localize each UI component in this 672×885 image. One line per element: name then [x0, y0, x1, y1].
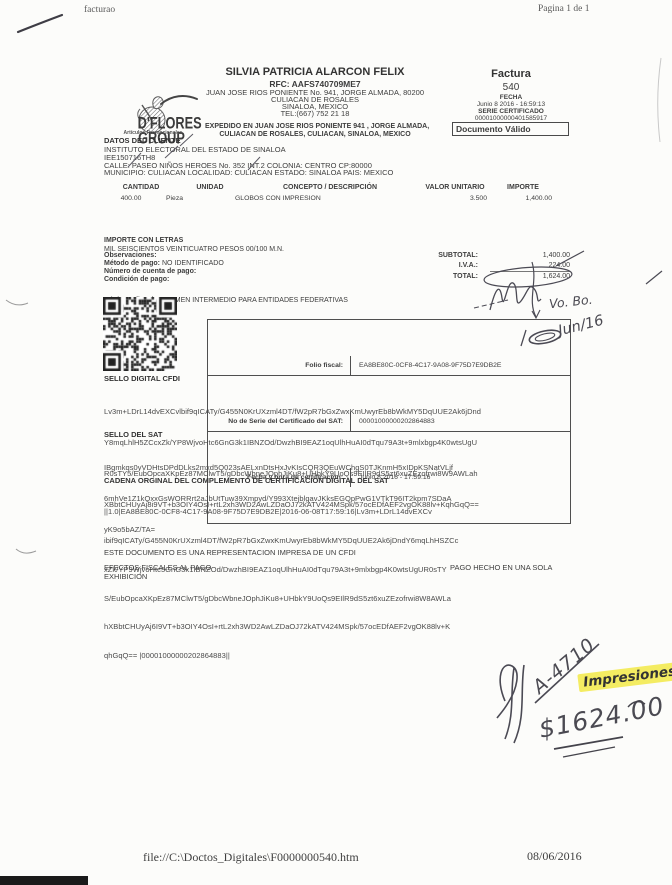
sello-cfdi-line: Lv3m+LDrL14dvEXCvlbif9qICATy/G455N0KrUXz… — [104, 407, 481, 417]
amount-in-words-heading: IMPORTE CON LETRAS — [104, 237, 183, 245]
efectos-fiscales-line2: EXHIBICION — [104, 573, 147, 581]
payment-method-line: Método de pago: NO IDENTIFICADO — [104, 260, 224, 268]
payment-condition-label: Condición de pago: — [104, 276, 169, 284]
print-date-footer: 08/06/2016 — [527, 849, 582, 864]
client-section-heading: DATOS DEL CLIENTE — [104, 137, 181, 145]
pen-stroke-top-left — [18, 15, 62, 32]
tax-regime-value: REGIMEN INTERMEDIO PARA ENTIDADES FEDERA… — [158, 297, 348, 304]
column-header-cantidad: CANTIDAD — [110, 184, 172, 192]
sello-sat-line: IBgmkqs0yVDHtsDPdDLks2mxd5Q023sAELxnDtsH… — [104, 463, 453, 473]
pago-exhibicion-notice: PAGO HECHO EN UNA SOLA — [450, 564, 552, 572]
efectos-fiscales-line1: EFECTOS FISCALES AL PAGO — [104, 564, 211, 572]
column-header-concepto: CONCEPTO / DESCRIPCIÓN — [266, 184, 394, 192]
cadena-line: ||1.0|EA8BE80C-0CF8-4C17-9A08-9F75D7E9DB… — [104, 507, 458, 517]
sello-sat-heading: SELLO DEL SAT — [104, 431, 162, 439]
iva-value: 224.00 — [490, 262, 570, 272]
subtotal-label: SUBTOTAL: — [400, 252, 478, 260]
sello-cfdi-heading: SELLO DIGITAL CFDI — [104, 375, 180, 383]
invoice-date: Junio 8 2016 - 16:59:13 — [452, 101, 570, 108]
file-path-footer: file://C:\Doctos_Digitales\F0000000540.h… — [143, 850, 359, 865]
total-value: 1,624.00 — [490, 273, 570, 281]
column-header-valor-unitario: VALOR UNITARIO — [418, 184, 492, 192]
total-label: TOTAL: — [400, 273, 478, 281]
issuer-expedido-line2: CULIACAN DE ROSALES, CULIACAN, SINALOA, … — [205, 131, 425, 139]
client-location: MUNICIPIO: CULIACAN LOCALIDAD: CULIACAN … — [104, 169, 393, 177]
observations-label: Observaciones: — [104, 252, 157, 260]
handwritten-vobo: Vo. Bo. — [548, 292, 593, 311]
invoice-title: Factura — [452, 68, 570, 80]
folio-fiscal-value: EA8BE80C-0CF8-4C17-9A08-9F75D7E9DB2E — [351, 356, 570, 375]
certificate-series-number: 00001000000401585917 — [452, 115, 570, 122]
document-valid-badge: Documento Válido — [452, 122, 569, 136]
scanned-invoice-page: facturao Pagina 1 de 1 D'FLORES GROUP Ar… — [0, 0, 672, 885]
item-unit: Pieza — [166, 195, 183, 202]
scan-edge-line — [658, 58, 661, 142]
iva-label: I.V.A.: — [400, 262, 478, 270]
qr-code — [103, 297, 177, 371]
margin-mark-1 — [6, 300, 28, 305]
handwritten-amount: $1624.00 — [536, 691, 666, 744]
column-header-unidad: UNIDAD — [184, 184, 236, 192]
payment-method-label: Método de pago: — [104, 260, 162, 267]
handwritten-highlighted-word: Impresiones — [577, 662, 672, 692]
cadena-line: hXBbtCHUyAj6I9VT+b3OIY4OsI+rtL2xh3WD2AwL… — [104, 622, 458, 632]
item-amount: 1,400.00 — [495, 195, 552, 202]
item-quantity: 400.00 — [100, 195, 162, 202]
cadena-line: ibif9qICATy/G455N0KrUXzml4DT/fW2pR7bGxZw… — [104, 536, 458, 546]
cfdi-printed-notice: ESTE DOCUMENTO ES UNA REPRESENTACION IMP… — [104, 549, 356, 557]
item-unit-price: 3.500 — [430, 195, 487, 202]
print-header-right: Pagina 1 de 1 — [538, 4, 589, 14]
payment-method-value: NO IDENTIFICADO — [162, 260, 224, 267]
invoice-number: 540 — [452, 82, 570, 93]
handwritten-date: Jun/16 — [557, 313, 606, 340]
subtotal-value: 1,400.00 — [490, 252, 570, 260]
cadena-line: qhGqQ== |00001000000202864883|| — [104, 651, 458, 661]
folio-fiscal-label: Folio fiscal: — [208, 356, 351, 375]
column-header-importe: IMPORTE — [494, 184, 552, 192]
issuer-expedido-line1: EXPEDIDO EN JUAN JOSE RIOS PONIENTE 941 … — [205, 123, 425, 131]
payment-account-label: Número de cuenta de pago: — [104, 268, 196, 276]
cadena-line: S/EubOpcaXKpEz87MClwT5/gDbcWbneJOphJiKu8… — [104, 594, 458, 604]
issuer-name: SILVIA PATRICIA ALARCON FELIX — [205, 66, 425, 78]
print-header-left: facturao — [84, 5, 115, 15]
margin-mark-2 — [16, 549, 36, 553]
invoice-date-label: FECHA — [452, 94, 570, 101]
cadena-heading: CADENA ORGINAL DEL COMPLEMENTO DE CERTIF… — [104, 477, 389, 485]
scan-artifact-bar — [0, 876, 88, 885]
certificate-series-label: SERIE CERTIFICADO — [452, 108, 570, 115]
item-description: GLOBOS CON IMPRESION — [235, 195, 321, 202]
cadena-lines: ||1.0|EA8BE80C-0CF8-4C17-9A08-9F75D7E9DB… — [104, 488, 458, 680]
issuer-phone: TEL:(667) 752 21 18 — [205, 110, 425, 118]
fiscal-row-folio: Folio fiscal: EA8BE80C-0CF8-4C17-9A08-9F… — [208, 356, 570, 376]
